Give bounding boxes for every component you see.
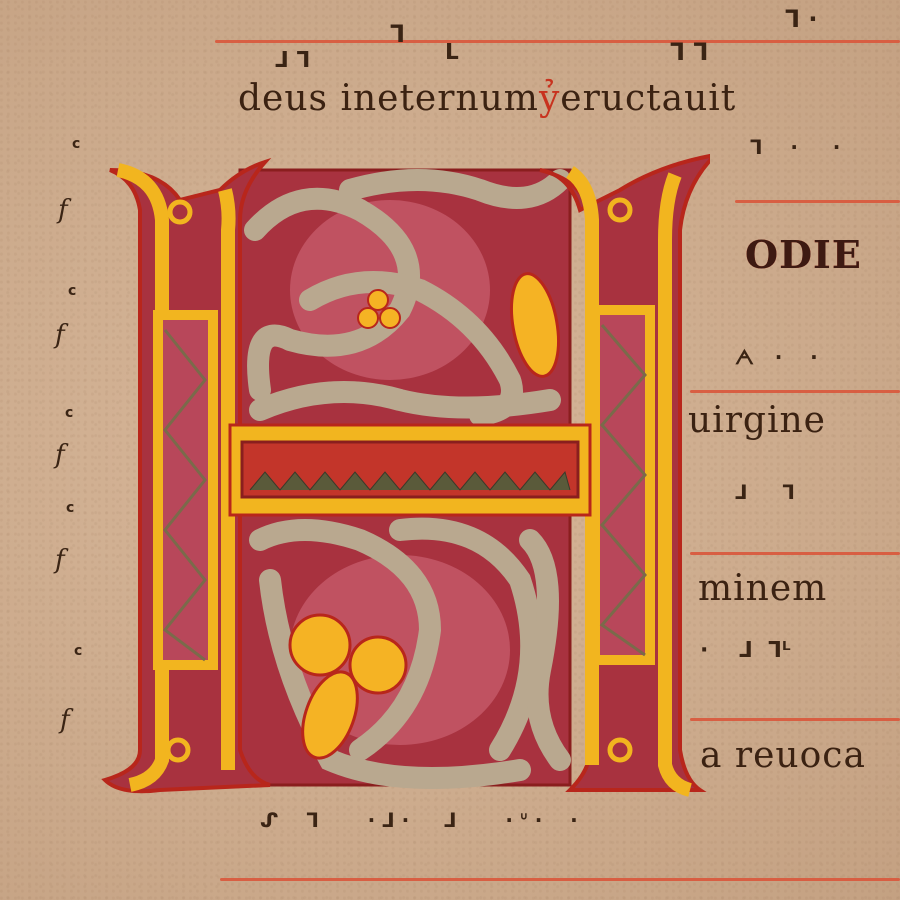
- clef-c: c: [72, 136, 80, 152]
- clef-c: c: [66, 500, 74, 516]
- clef-c: c: [65, 405, 73, 421]
- staff-rule: [690, 390, 900, 393]
- text-segment: eructauit: [560, 78, 736, 119]
- staff-rule: [215, 40, 900, 43]
- clef-c: c: [68, 283, 76, 299]
- neume: ᒧ ᒣ: [275, 48, 310, 73]
- staff-rule: [690, 552, 900, 555]
- neume: ᒧ ᒣ: [735, 480, 795, 504]
- chant-text-line-4: minem: [698, 568, 827, 609]
- text-segment: deus ineternum: [238, 78, 539, 119]
- rubric-text: ODIE: [745, 232, 862, 277]
- illuminated-initial-h: [100, 150, 710, 810]
- clef-f: f: [60, 705, 70, 735]
- chant-text-line-5: a reuoca: [700, 735, 866, 776]
- clef-f: f: [55, 545, 65, 575]
- staff-rule: [220, 878, 900, 881]
- red-mark: ỷ: [539, 78, 560, 119]
- neume: · ᒧ ᒣᒻ: [700, 638, 791, 663]
- neume: ᗅ · ·: [735, 345, 818, 369]
- clef-f: f: [58, 195, 68, 225]
- clef-f: f: [55, 440, 65, 470]
- neume: ᒣ ·: [785, 5, 818, 33]
- staff-rule: [690, 718, 900, 721]
- staff-rule: [735, 200, 900, 203]
- neume: ᔑ ᒣ · ᒧ · ᒧ · ᐡ · ·: [260, 808, 578, 832]
- neume: ᒣ ᒣ: [670, 38, 708, 66]
- clef-c: c: [74, 643, 82, 659]
- neume: ᒪ: [445, 40, 459, 65]
- chant-text-line-2: ODIE: [745, 232, 862, 277]
- neume: ᒣ: [390, 20, 405, 48]
- neume: ᒣ · ·: [750, 135, 840, 159]
- clef-f: f: [55, 320, 65, 350]
- chant-text-line-1: deus ineternumỷeructauit: [238, 78, 736, 119]
